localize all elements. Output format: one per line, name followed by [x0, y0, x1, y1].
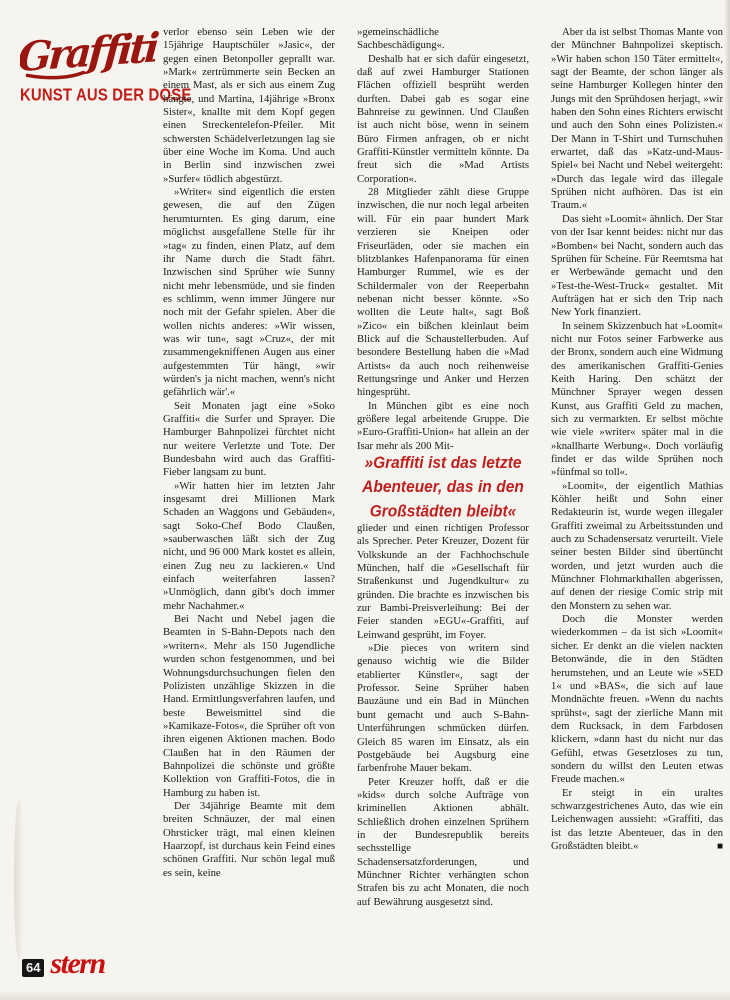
article-end-marker: ■	[706, 842, 723, 852]
article-body: verlor ebenso sein Leben wie der 15jähri…	[163, 26, 723, 992]
paragraph: In München gibt es eine noch größere leg…	[357, 400, 529, 453]
paragraph: »Writer« sind eigentlich die ersten gewe…	[163, 186, 335, 400]
graffiti-logo: Graffiti	[20, 22, 160, 84]
page-footer: 64 stern	[22, 951, 105, 977]
column-2: »gemeinschädliche Sachbeschädigung«. Des…	[357, 26, 529, 992]
paragraph: »Loomit«, der eigentlich Mathias Köhler …	[551, 480, 723, 613]
masthead: Graffiti KUNST AUS DER DOSE	[20, 22, 160, 104]
paragraph: Aber da ist selbst Thomas Mante von der …	[551, 26, 723, 213]
stern-logo: stern	[50, 951, 104, 977]
graffiti-logo-text: Graffiti	[20, 24, 160, 81]
kicker: KUNST AUS DER DOSE	[20, 86, 150, 106]
paragraph: Seit Monaten jagt eine »Soko Graffiti« d…	[163, 400, 335, 480]
paragraph: Er steigt in ein uraltes schwarzgestrich…	[551, 787, 723, 854]
scan-artifact-smudge	[14, 800, 24, 960]
column-1: verlor ebenso sein Leben wie der 15jähri…	[163, 26, 335, 992]
paragraph: »gemeinschädliche Sachbeschädigung«.	[357, 26, 529, 53]
paragraph: Das sieht »Loomit« ähnlich. Der Star von…	[551, 213, 723, 320]
pull-quote: »Graffiti ist das letzte Abenteuer, das …	[357, 451, 529, 523]
paragraph: In seinem Skizzenbuch hat »Loomit« nicht…	[551, 320, 723, 480]
paragraph: 28 Mitglieder zählt diese Gruppe inzwisc…	[357, 186, 529, 400]
paragraph: »Die pieces von writern sind genauso wic…	[357, 642, 529, 775]
paragraph: glieder und einen richtigen Professor al…	[357, 522, 529, 642]
paragraph-text: Er steigt in ein uraltes schwarzgestrich…	[551, 787, 723, 852]
scan-artifact-right-edge	[724, 0, 730, 160]
paragraph: Der 34jährige Beamte mit dem breiten Sch…	[163, 800, 335, 880]
paragraph: »Wir hatten hier im letzten Jahr insgesa…	[163, 480, 335, 613]
page-number: 64	[22, 959, 44, 977]
paragraph: Bei Nacht und Nebel jagen die Beamten in…	[163, 613, 335, 800]
column-3: Aber da ist selbst Thomas Mante von der …	[551, 26, 723, 992]
paragraph: verlor ebenso sein Leben wie der 15jähri…	[163, 26, 335, 186]
scan-artifact-bottom-edge	[0, 990, 730, 1000]
paragraph: Peter Kreuzer hofft, daß er die »kids« d…	[357, 776, 529, 909]
paragraph: Deshalb hat er sich dafür eingesetzt, da…	[357, 53, 529, 186]
paragraph: Doch die Monster werden wiederkommen – d…	[551, 613, 723, 786]
